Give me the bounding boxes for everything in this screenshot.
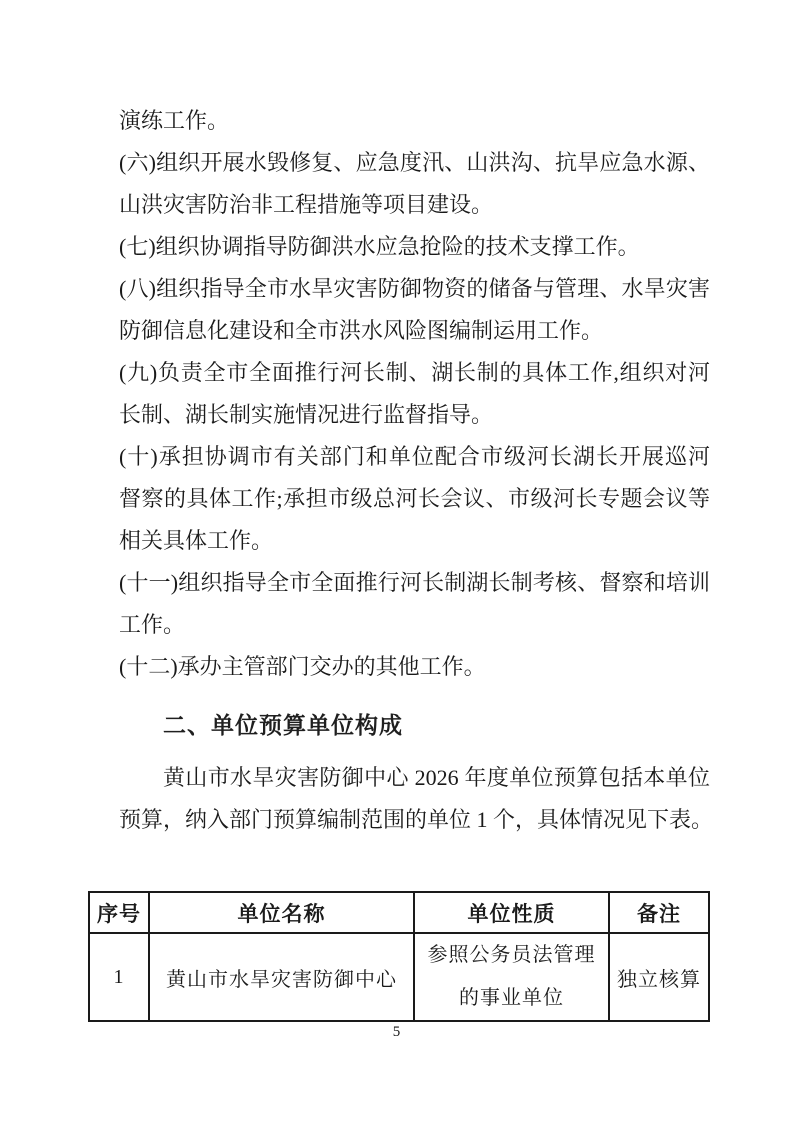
body-line-5: (八)组织指导全市水旱灾害防御物资的储备与管理、水旱灾害 <box>119 268 710 310</box>
header-unit-nature: 单位性质 <box>414 892 609 933</box>
body-line-6: 防御信息化建设和全市洪水风险图编制运用工作。 <box>119 310 710 352</box>
body-line-8: 长制、湖长制实施情况进行监督指导。 <box>119 394 710 436</box>
body-line-7: (九)负责全市全面推行河长制、湖长制的具体工作,组织对河 <box>119 352 710 394</box>
body-line-14: (十二)承办主管部门交办的其他工作。 <box>119 646 710 688</box>
body-line-13: 工作。 <box>119 604 710 646</box>
budget-units-table: 序号 单位名称 单位性质 备注 1 黄山市水旱灾害防御中心 参照公务员法管理 的… <box>88 891 710 1022</box>
body-line-2: (六)组织开展水毁修复、应急度汛、山洪沟、抗旱应急水源、 <box>119 142 710 184</box>
cell-unit-name: 黄山市水旱灾害防御中心 <box>149 933 414 1021</box>
table-row: 1 黄山市水旱灾害防御中心 参照公务员法管理 的事业单位 独立核算 <box>89 933 709 1021</box>
body-line-3: 山洪灾害防治非工程措施等项目建设。 <box>119 184 710 226</box>
unit-nature-line-1: 参照公务员法管理 <box>415 934 608 977</box>
body-line-1: 演练工作。 <box>119 100 710 142</box>
unit-nature-line-2: 的事业单位 <box>415 977 608 1020</box>
body-line-10: 督察的具体工作;承担市级总河长会议、市级河长专题会议等 <box>119 478 710 520</box>
intro-line-2: 预算，纳入部门预算编制范围的单位 1 个，具体情况见下表。 <box>119 799 710 841</box>
cell-unit-nature: 参照公务员法管理 的事业单位 <box>414 933 609 1021</box>
table-header-row: 序号 单位名称 单位性质 备注 <box>89 892 709 933</box>
body-line-12: (十一)组织指导全市全面推行河长制湖长制考核、督察和培训 <box>119 562 710 604</box>
body-line-11: 相关具体工作。 <box>119 520 710 562</box>
cell-seq: 1 <box>89 933 149 1021</box>
header-note: 备注 <box>609 892 709 933</box>
section-heading: 二、单位预算单位构成 <box>163 708 403 742</box>
body-line-4: (七)组织协调指导防御洪水应急抢险的技术支撑工作。 <box>119 226 710 268</box>
body-text: 演练工作。 (六)组织开展水毁修复、应急度汛、山洪沟、抗旱应急水源、 山洪灾害防… <box>119 100 710 688</box>
intro-line-1: 黄山市水旱灾害防御中心 2026 年度单位预算包括本单位 <box>119 757 710 799</box>
cell-note: 独立核算 <box>609 933 709 1021</box>
body-line-9: (十)承担协调市有关部门和单位配合市级河长湖长开展巡河 <box>119 436 710 478</box>
document-page: 演练工作。 (六)组织开展水毁修复、应急度汛、山洪沟、抗旱应急水源、 山洪灾害防… <box>0 0 793 1122</box>
header-unit-name: 单位名称 <box>149 892 414 933</box>
intro-paragraph: 黄山市水旱灾害防御中心 2026 年度单位预算包括本单位 预算，纳入部门预算编制… <box>119 757 710 841</box>
page-number: 5 <box>0 1024 793 1041</box>
header-seq: 序号 <box>89 892 149 933</box>
